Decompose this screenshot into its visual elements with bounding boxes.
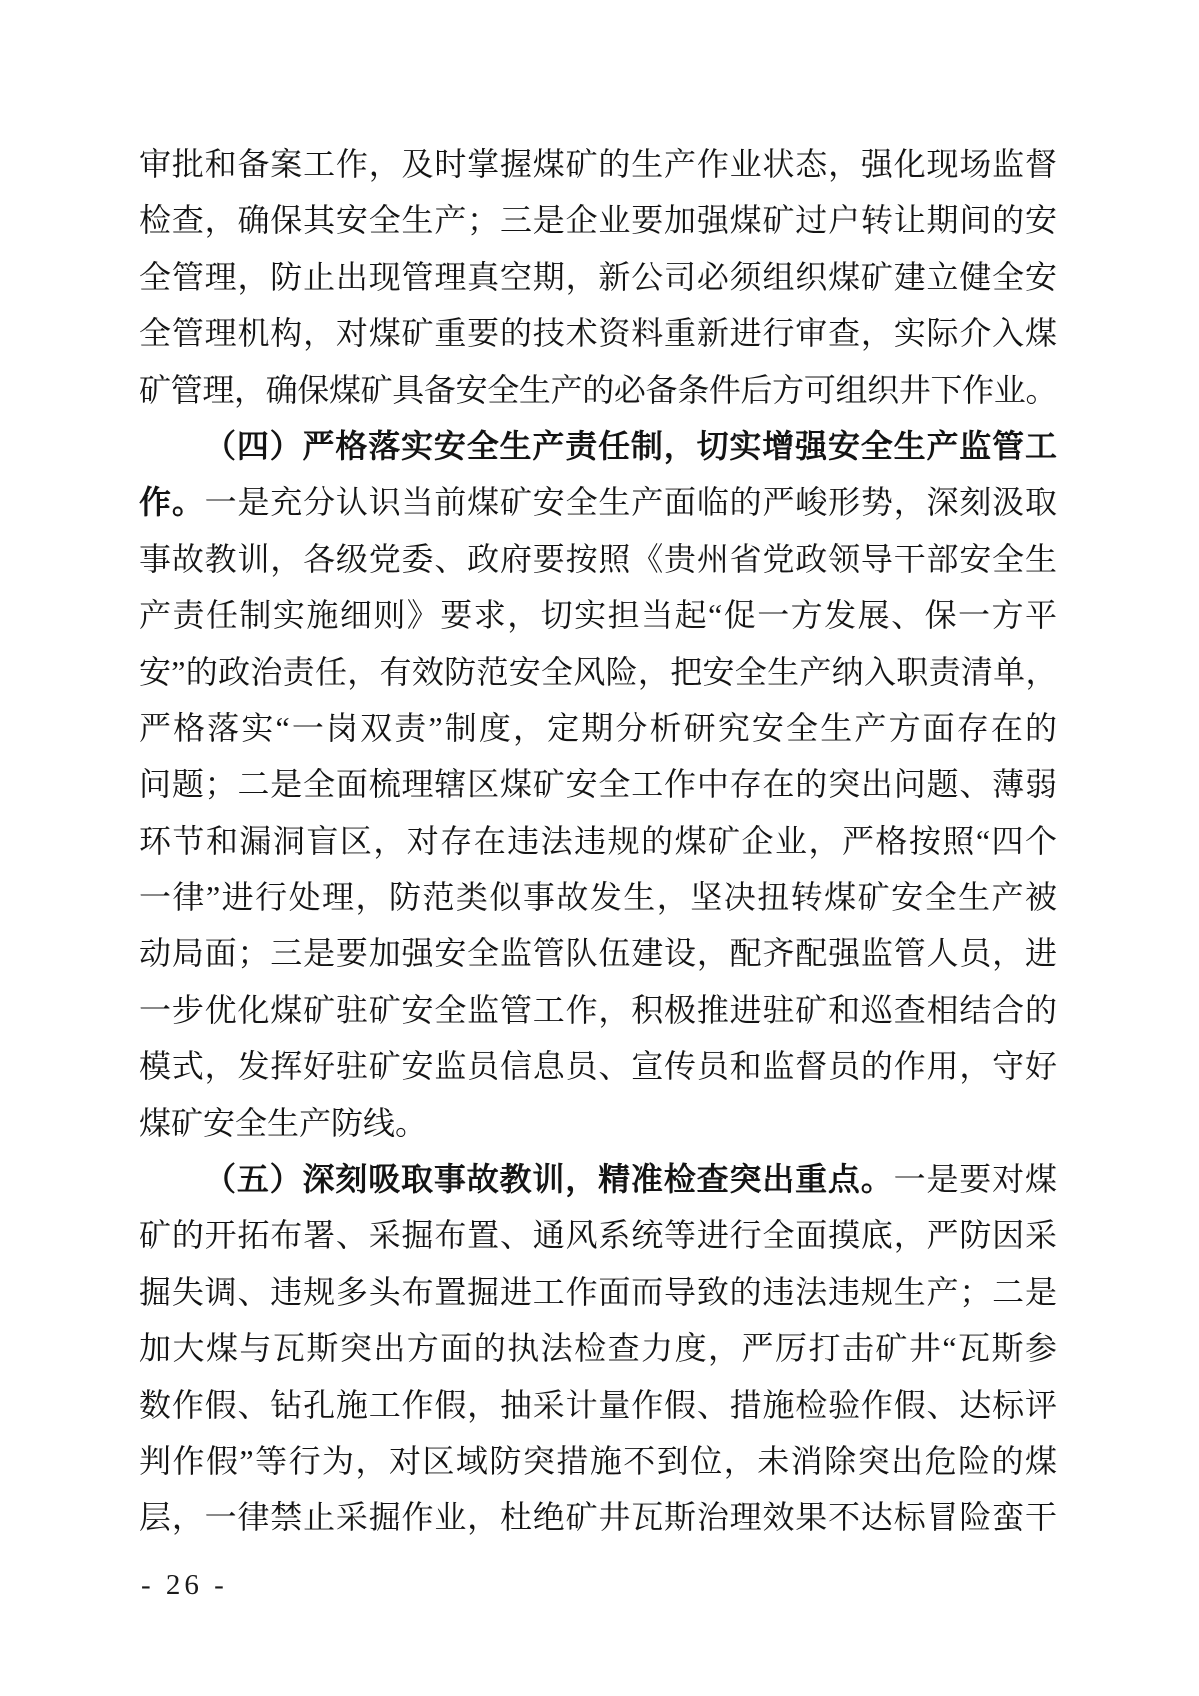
text-block: 审批和备案工作，及时掌握煤矿的生产作业状态，强化现场监督检查，确保其安全生产；三… [139, 136, 1057, 1546]
body-text: 数作假、钻孔施工作假，抽采计量作假、措施检验作假、达标评 [139, 1387, 1057, 1423]
body-text: 一律”进行处理，防范类似事故发生，坚决扭转煤矿安全生产被 [139, 879, 1057, 915]
text-line: 作。一是充分认识当前煤矿安全生产面临的严峻形势，深刻汲取 [139, 474, 1057, 530]
body-text: 矿的开拓布署、采掘布置、通风系统等进行全面摸底，严防因采 [139, 1217, 1057, 1253]
text-line: （五）深刻吸取事故教训，精准检查突出重点。一是要对煤 [139, 1151, 1057, 1207]
body-text: 层，一律禁止采掘作业，杜绝矿井瓦斯治理效果不达标冒险蛮干 [139, 1499, 1057, 1535]
text-line: 掘失调、违规多头布置掘进工作面而导致的违法违规生产；二是 [139, 1264, 1057, 1320]
body-text: 加大煤与瓦斯突出方面的执法检查力度，严厉打击矿井“瓦斯参 [139, 1330, 1057, 1366]
body-text: 煤矿安全生产防线。 [139, 1105, 427, 1141]
body-text: 事故教训，各级党委、政府要按照《贵州省党政领导干部安全生 [139, 541, 1057, 577]
body-text: 问题；二是全面梳理辖区煤矿安全工作中存在的突出问题、薄弱 [139, 766, 1057, 802]
body-text: 判作假”等行为，对区域防突措施不到位，未消除突出危险的煤 [139, 1443, 1057, 1479]
body-text: 审批和备案工作，及时掌握煤矿的生产作业状态，强化现场监督 [139, 146, 1057, 182]
text-line: 一律”进行处理，防范类似事故发生，坚决扭转煤矿安全生产被 [139, 869, 1057, 925]
body-text: 严格落实“一岗双责”制度，定期分析研究安全生产方面存在的 [139, 710, 1057, 746]
body-text: 检查，确保其安全生产；三是企业要加强煤矿过户转让期间的安 [139, 202, 1057, 238]
text-line: 一步优化煤矿驻矿安全监管工作，积极推进驻矿和巡查相结合的 [139, 982, 1057, 1038]
document-page: 审批和备案工作，及时掌握煤矿的生产作业状态，强化现场监督检查，确保其安全生产；三… [0, 0, 1199, 1696]
text-line: 模式，发挥好驻矿安监员信息员、宣传员和监督员的作用，守好 [139, 1038, 1057, 1094]
text-line: 全管理，防止出现管理真空期，新公司必须组织煤矿建立健全安 [139, 249, 1057, 305]
body-text: 一是充分认识当前煤矿安全生产面临的严峻形势，深刻汲取 [205, 484, 1057, 520]
body-text: 一步优化煤矿驻矿安全监管工作，积极推进驻矿和巡查相结合的 [139, 992, 1057, 1028]
text-line: 矿的开拓布署、采掘布置、通风系统等进行全面摸底，严防因采 [139, 1207, 1057, 1263]
text-line: 严格落实“一岗双责”制度，定期分析研究安全生产方面存在的 [139, 700, 1057, 756]
heading-text: 作。 [139, 484, 205, 520]
body-text: 产责任制实施细则》要求，切实担当起“促一方发展、保一方平 [139, 597, 1057, 633]
text-line: 环节和漏洞盲区，对存在违法违规的煤矿企业，严格按照“四个 [139, 813, 1057, 869]
body-text: 掘失调、违规多头布置掘进工作面而导致的违法违规生产；二是 [139, 1274, 1057, 1310]
text-line: 产责任制实施细则》要求，切实担当起“促一方发展、保一方平 [139, 587, 1057, 643]
text-line: 检查，确保其安全生产；三是企业要加强煤矿过户转让期间的安 [139, 192, 1057, 248]
body-text: 动局面；三是要加强安全监管队伍建设，配齐配强监管人员，进 [139, 935, 1057, 971]
text-line: （四）严格落实安全生产责任制，切实增强安全生产监管工 [139, 418, 1057, 474]
body-text: 全管理机构，对煤矿重要的技术资料重新进行审查，实际介入煤 [139, 315, 1057, 351]
body-text: 全管理，防止出现管理真空期，新公司必须组织煤矿建立健全安 [139, 259, 1057, 295]
heading-text: （五）深刻吸取事故教训，精准检查突出重点。 [204, 1161, 894, 1197]
text-line: 判作假”等行为，对区域防突措施不到位，未消除突出危险的煤 [139, 1433, 1057, 1489]
text-line: 煤矿安全生产防线。 [139, 1095, 1057, 1151]
text-line: 审批和备案工作，及时掌握煤矿的生产作业状态，强化现场监督 [139, 136, 1057, 192]
body-text: 一是要对煤 [894, 1161, 1057, 1197]
text-line: 问题；二是全面梳理辖区煤矿安全工作中存在的突出问题、薄弱 [139, 756, 1057, 812]
body-text: 安”的政治责任，有效防范安全风险，把安全生产纳入职责清单， [139, 654, 1057, 690]
text-line: 全管理机构，对煤矿重要的技术资料重新进行审查，实际介入煤 [139, 305, 1057, 361]
body-text: 环节和漏洞盲区，对存在违法违规的煤矿企业，严格按照“四个 [139, 823, 1057, 859]
text-line: 安”的政治责任，有效防范安全风险，把安全生产纳入职责清单， [139, 644, 1057, 700]
text-line: 加大煤与瓦斯突出方面的执法检查力度，严厉打击矿井“瓦斯参 [139, 1320, 1057, 1376]
heading-text: （四）严格落实安全生产责任制，切实增强安全生产监管工 [204, 428, 1057, 464]
text-line: 矿管理，确保煤矿具备安全生产的必备条件后方可组织井下作业。 [139, 362, 1057, 418]
body-text: 模式，发挥好驻矿安监员信息员、宣传员和监督员的作用，守好 [139, 1048, 1057, 1084]
text-line: 数作假、钻孔施工作假，抽采计量作假、措施检验作假、达标评 [139, 1377, 1057, 1433]
text-line: 动局面；三是要加强安全监管队伍建设，配齐配强监管人员，进 [139, 925, 1057, 981]
body-text: 矿管理，确保煤矿具备安全生产的必备条件后方可组织井下作业。 [139, 372, 1057, 408]
text-line: 事故教训，各级党委、政府要按照《贵州省党政领导干部安全生 [139, 531, 1057, 587]
text-line: 层，一律禁止采掘作业，杜绝矿井瓦斯治理效果不达标冒险蛮干 [139, 1489, 1057, 1545]
page-number: - 26 - [141, 1568, 228, 1602]
